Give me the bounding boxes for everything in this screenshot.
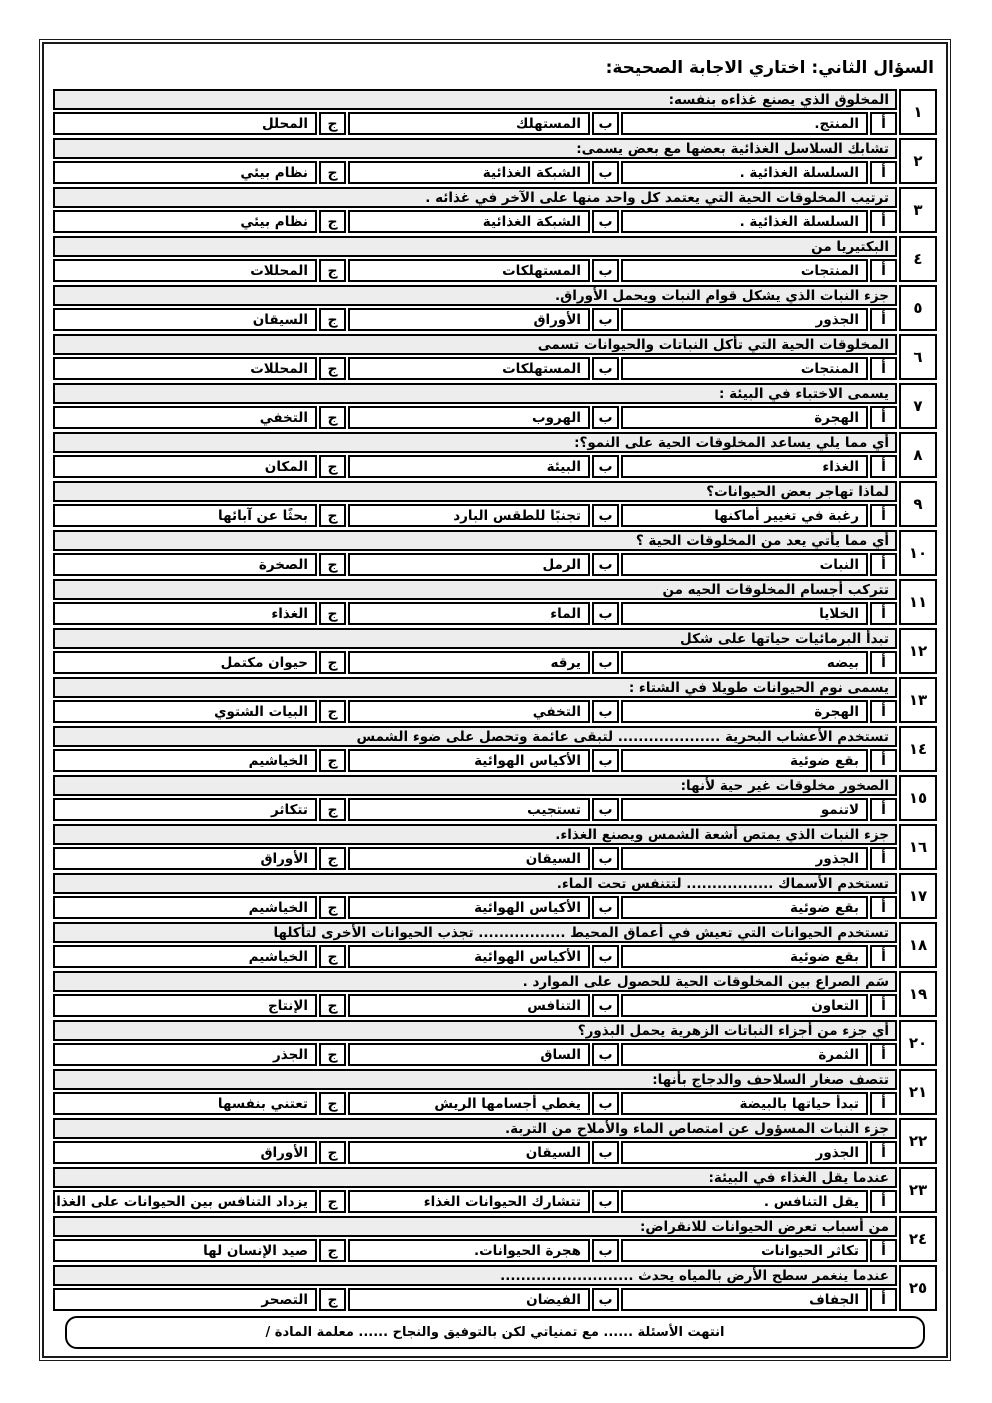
- option-letter-b: ب: [592, 1190, 619, 1213]
- option-letter-c: ج: [319, 406, 346, 429]
- option-c[interactable]: صيد الإنسان لها: [53, 1239, 317, 1262]
- option-b[interactable]: الأكياس الهوائية: [348, 896, 590, 919]
- question-number: ٨: [899, 432, 937, 478]
- question-text: تستخدم الحيوانات التي تعيش في أعماق المح…: [53, 922, 897, 943]
- option-letter-a: أ: [870, 1288, 897, 1311]
- option-letter-a: أ: [870, 847, 897, 870]
- question-number: ٩: [899, 481, 937, 527]
- answers-row: أ الجذور ب الأوراق ج السيقان: [53, 308, 897, 331]
- answers-row: أ بيضه ب يرقه ج حيوان مكتمل: [53, 651, 897, 674]
- answers-row: أ الهجرة ب التخفي ج البيات الشتوي: [53, 700, 897, 723]
- option-letter-a: أ: [870, 1043, 897, 1066]
- option-c[interactable]: التخفي: [53, 406, 317, 429]
- option-a[interactable]: رغبة في تغيير أماكنها: [621, 504, 868, 527]
- question-block: ٢٢ جزء النبات المسؤول عن امتصاص الماء وا…: [53, 1118, 937, 1164]
- question-body: لماذا تهاجر بعض الحيوانات؟ أ رغبة في تغي…: [53, 481, 897, 527]
- question-block: ١٩ سَمِ الصراع بين المخلوقات الحية للحصو…: [53, 971, 937, 1017]
- answers-row: أ تكاثر الحيوانات ب هجرة الحيوانات. ج صي…: [53, 1239, 897, 1262]
- option-letter-a: أ: [870, 553, 897, 576]
- option-c[interactable]: تعتني بنفسها: [53, 1092, 317, 1115]
- question-number: ٢٢: [899, 1118, 937, 1164]
- option-letter-a: أ: [870, 945, 897, 968]
- question-block: ١٢ تبدأ البرمائيات حياتها على شكل أ بيضه…: [53, 628, 937, 674]
- option-b[interactable]: الأكياس الهوائية: [348, 945, 590, 968]
- question-body: يسمى الاختباء في البيئة : أ الهجرة ب اله…: [53, 383, 897, 429]
- option-letter-b: ب: [592, 602, 619, 625]
- option-letter-b: ب: [592, 357, 619, 380]
- option-letter-c: ج: [319, 553, 346, 576]
- option-letter-c: ج: [319, 1190, 346, 1213]
- option-c[interactable]: الخياشيم: [53, 749, 317, 772]
- option-letter-a: أ: [870, 406, 897, 429]
- question-body: الصخور مخلوقات غير حية لأنها: أ لاتنمو ب…: [53, 775, 897, 821]
- question-text: سَمِ الصراع بين المخلوقات الحية للحصول ع…: [53, 971, 897, 992]
- option-letter-b: ب: [592, 455, 619, 478]
- option-a[interactable]: السلسلة الغذائية .: [621, 210, 868, 233]
- question-block: ٢٠ أي جزء من أجزاء النباتات الزهرية يحمل…: [53, 1020, 937, 1066]
- question-text: أي مما يلي يساعد المخلوقات الحية على الن…: [53, 432, 897, 453]
- answers-row: أ الجذور ب السيقان ج الأوراق: [53, 1141, 897, 1164]
- question-number: ١٧: [899, 873, 937, 919]
- question-block: ١٤ تستخدم الأعشاب البحرية ..............…: [53, 726, 937, 772]
- question-number: ١٩: [899, 971, 937, 1017]
- page-border-outer: السؤال الثاني: اختاري الاجابة الصحيحة: ١…: [39, 39, 951, 1361]
- question-number: ٢: [899, 138, 937, 184]
- question-body: تستخدم الحيوانات التي تعيش في أعماق المح…: [53, 922, 897, 968]
- option-b[interactable]: الرمل: [348, 553, 590, 576]
- question-number: ٧: [899, 383, 937, 429]
- option-a[interactable]: الثمرة: [621, 1043, 868, 1066]
- question-body: عندما ينغمر سطح الأرض بالمياه يحدث .....…: [53, 1265, 897, 1311]
- option-letter-c: ج: [319, 945, 346, 968]
- option-c[interactable]: الإنتاج: [53, 994, 317, 1017]
- question-body: أي مما يأتي يعد من المخلوقات الحية ؟ أ ا…: [53, 530, 897, 576]
- question-text: يسمى الاختباء في البيئة :: [53, 383, 897, 404]
- answers-row: أ الجذور ب السيقان ج الأوراق: [53, 847, 897, 870]
- option-a[interactable]: لاتنمو: [621, 798, 868, 821]
- question-block: ٦ المخلوقات الحية التي تأكل النباتات وال…: [53, 334, 937, 380]
- answers-row: أ يقل التنافس . ب تتشارك الحيوانات الغذا…: [53, 1190, 897, 1213]
- question-number: ٥: [899, 285, 937, 331]
- question-body: جزء النبات الذي يشكل قوام النبات ويحمل ا…: [53, 285, 897, 331]
- option-a[interactable]: التعاون: [621, 994, 868, 1017]
- option-c[interactable]: تتكاثر: [53, 798, 317, 821]
- option-letter-b: ب: [592, 651, 619, 674]
- question-block: ٧ يسمى الاختباء في البيئة : أ الهجرة ب ا…: [53, 383, 937, 429]
- question-number: ٤: [899, 236, 937, 282]
- option-a[interactable]: المنتجات: [621, 259, 868, 282]
- question-number: ١٦: [899, 824, 937, 870]
- option-letter-b: ب: [592, 553, 619, 576]
- option-a[interactable]: المنتجات: [621, 357, 868, 380]
- option-c[interactable]: بحثًا عن آبائها: [53, 504, 317, 527]
- question-number: ١: [899, 89, 937, 135]
- page-border-inner: السؤال الثاني: اختاري الاجابة الصحيحة: ١…: [42, 42, 948, 1358]
- option-letter-b: ب: [592, 504, 619, 527]
- answers-row: أ السلسلة الغذائية . ب الشبكة الغذائية ج…: [53, 161, 897, 184]
- option-letter-a: أ: [870, 896, 897, 919]
- option-a[interactable]: الغذاء: [621, 455, 868, 478]
- option-b[interactable]: تجنبًا للطقس البارد: [348, 504, 590, 527]
- option-b[interactable]: البيئة: [348, 455, 590, 478]
- question-body: المخلوق الذي يصنع غذاءه بنفسه: أ المنتج.…: [53, 89, 897, 135]
- question-text: من أسباب تعرض الحيوانات للانقراض:: [53, 1216, 897, 1237]
- option-letter-a: أ: [870, 798, 897, 821]
- question-number: ٣: [899, 187, 937, 233]
- option-b[interactable]: تستجيب: [348, 798, 590, 821]
- option-b[interactable]: الشبكة الغذائية: [348, 210, 590, 233]
- question-body: ترتيب المخلوقات الحية التي يعتمد كل واحد…: [53, 187, 897, 233]
- exam-sheet: السؤال الثاني: اختاري الاجابة الصحيحة: ١…: [53, 47, 937, 1350]
- question-block: ٢٤ من أسباب تعرض الحيوانات للانقراض: أ ت…: [53, 1216, 937, 1262]
- option-letter-c: ج: [319, 112, 346, 135]
- option-a[interactable]: بقع ضوئية: [621, 896, 868, 919]
- option-letter-a: أ: [870, 455, 897, 478]
- question-block: ٥ جزء النبات الذي يشكل قوام النبات ويحمل…: [53, 285, 937, 331]
- option-letter-a: أ: [870, 700, 897, 723]
- question-text: تستخدم الأعشاب البحرية .................…: [53, 726, 897, 747]
- option-b[interactable]: السيقان: [348, 847, 590, 870]
- question-block: ٢ تشابك السلاسل الغذائية بعضها مع بعض يس…: [53, 138, 937, 184]
- option-b[interactable]: يغطي أجسامها الريش: [348, 1092, 590, 1115]
- question-text: يسمى نوم الحيوانات طويلا في الشتاء :: [53, 677, 897, 698]
- option-a[interactable]: الخلايا: [621, 602, 868, 625]
- question-block: ٩ لماذا تهاجر بعض الحيوانات؟ أ رغبة في ت…: [53, 481, 937, 527]
- question-body: عندما يقل الغذاء في البيئة: أ يقل التناف…: [53, 1167, 897, 1213]
- option-letter-a: أ: [870, 749, 897, 772]
- question-text: جزء النبات الذي يمتص أشعة الشمس ويصنع ال…: [53, 824, 897, 845]
- option-letter-a: أ: [870, 1190, 897, 1213]
- question-number: ١٥: [899, 775, 937, 821]
- option-letter-a: أ: [870, 994, 897, 1017]
- answers-row: أ بقع ضوئية ب الأكياس الهوائية ج الخياشي…: [53, 896, 897, 919]
- question-block: ١٨ تستخدم الحيوانات التي تعيش في أعماق ا…: [53, 922, 937, 968]
- option-a[interactable]: الهجرة: [621, 700, 868, 723]
- option-b[interactable]: الماء: [348, 602, 590, 625]
- question-body: أي جزء من أجزاء النباتات الزهرية يحمل ال…: [53, 1020, 897, 1066]
- question-block: ٢٣ عندما يقل الغذاء في البيئة: أ يقل الت…: [53, 1167, 937, 1213]
- question-number: ١١: [899, 579, 937, 625]
- question-text: تتركب أجسام المخلوقات الحيه من: [53, 579, 897, 600]
- option-a[interactable]: النبات: [621, 553, 868, 576]
- question-block: ١٠ أي مما يأتي يعد من المخلوقات الحية ؟ …: [53, 530, 937, 576]
- option-a[interactable]: الجذور: [621, 847, 868, 870]
- option-a[interactable]: بيضه: [621, 651, 868, 674]
- question-body: تستخدم الأعشاب البحرية .................…: [53, 726, 897, 772]
- option-letter-c: ج: [319, 308, 346, 331]
- question-number: ١٠: [899, 530, 937, 576]
- option-letter-b: ب: [592, 749, 619, 772]
- option-c[interactable]: الخياشيم: [53, 945, 317, 968]
- option-letter-c: ج: [319, 700, 346, 723]
- option-a[interactable]: الجفاف: [621, 1288, 868, 1311]
- question-block: ١ المخلوق الذي يصنع غذاءه بنفسه: أ المنت…: [53, 89, 937, 135]
- answers-row: أ الهجرة ب الهروب ج التخفي: [53, 406, 897, 429]
- option-letter-a: أ: [870, 1092, 897, 1115]
- question-block: ٨ أي مما يلي يساعد المخلوقات الحية على ا…: [53, 432, 937, 478]
- option-letter-b: ب: [592, 700, 619, 723]
- option-letter-a: أ: [870, 1141, 897, 1164]
- question-body: البكتيريا من أ المنتجات ب المستهلكات ج ا…: [53, 236, 897, 282]
- option-letter-a: أ: [870, 112, 897, 135]
- option-letter-c: ج: [319, 210, 346, 233]
- answers-row: أ الجفاف ب الفيضان ج التصحر: [53, 1288, 897, 1311]
- option-letter-a: أ: [870, 357, 897, 380]
- option-letter-c: ج: [319, 602, 346, 625]
- option-b[interactable]: الأوراق: [348, 308, 590, 331]
- option-c[interactable]: المحلل: [53, 112, 317, 135]
- option-letter-c: ج: [319, 455, 346, 478]
- question-block: ٢٥ عندما ينغمر سطح الأرض بالمياه يحدث ..…: [53, 1265, 937, 1311]
- question-number: ٢٠: [899, 1020, 937, 1066]
- option-b[interactable]: المستهلكات: [348, 357, 590, 380]
- option-c[interactable]: المحللات: [53, 259, 317, 282]
- option-c[interactable]: يزداد التنافس بين الحيوانات على الغذاء: [53, 1190, 317, 1213]
- option-b[interactable]: الهروب: [348, 406, 590, 429]
- question-text: البكتيريا من: [53, 236, 897, 257]
- question-body: المخلوقات الحية التي تأكل النباتات والحي…: [53, 334, 897, 380]
- option-b[interactable]: يرقه: [348, 651, 590, 674]
- option-c[interactable]: البيات الشتوي: [53, 700, 317, 723]
- question-body: تستخدم الأسماك ................. لتتنفس …: [53, 873, 897, 919]
- question-block: ٣ ترتيب المخلوقات الحية التي يعتمد كل وا…: [53, 187, 937, 233]
- option-letter-c: ج: [319, 504, 346, 527]
- question-body: أي مما يلي يساعد المخلوقات الحية على الن…: [53, 432, 897, 478]
- option-letter-b: ب: [592, 161, 619, 184]
- option-letter-b: ب: [592, 798, 619, 821]
- question-block: ١٣ يسمى نوم الحيوانات طويلا في الشتاء : …: [53, 677, 937, 723]
- option-letter-c: ج: [319, 1288, 346, 1311]
- option-letter-a: أ: [870, 161, 897, 184]
- option-letter-b: ب: [592, 406, 619, 429]
- question-text: تستخدم الأسماك ................. لتتنفس …: [53, 873, 897, 894]
- question-body: تشابك السلاسل الغذائية بعضها مع بعض يسمى…: [53, 138, 897, 184]
- option-letter-c: ج: [319, 259, 346, 282]
- footer-note: انتهت الأسئلة ...... مع تمنياتي لكن بالت…: [65, 1316, 925, 1349]
- option-letter-c: ج: [319, 1092, 346, 1115]
- question-block: ١٧ تستخدم الأسماك ................. لتتن…: [53, 873, 937, 919]
- answers-row: أ بقع ضوئية ب الأكياس الهوائية ج الخياشي…: [53, 749, 897, 772]
- question-body: سَمِ الصراع بين المخلوقات الحية للحصول ع…: [53, 971, 897, 1017]
- option-letter-b: ب: [592, 994, 619, 1017]
- option-letter-a: أ: [870, 602, 897, 625]
- option-letter-b: ب: [592, 1288, 619, 1311]
- question-body: جزء النبات المسؤول عن امتصاص الماء والأم…: [53, 1118, 897, 1164]
- option-letter-b: ب: [592, 1141, 619, 1164]
- option-letter-c: ج: [319, 161, 346, 184]
- option-a[interactable]: السلسلة الغذائية .: [621, 161, 868, 184]
- answers-row: أ المنتجات ب المستهلكات ج المحللات: [53, 357, 897, 380]
- option-a[interactable]: المنتج.: [621, 112, 868, 135]
- question-text: المخلوق الذي يصنع غذاءه بنفسه:: [53, 89, 897, 110]
- question-number: ٢٤: [899, 1216, 937, 1262]
- answers-row: أ التعاون ب التنافس ج الإنتاج: [53, 994, 897, 1017]
- question-block: ١٦ جزء النبات الذي يمتص أشعة الشمس ويصنع…: [53, 824, 937, 870]
- option-letter-b: ب: [592, 945, 619, 968]
- answers-row: أ الثمرة ب الساق ج الجذر: [53, 1043, 897, 1066]
- question-text: تشابك السلاسل الغذائية بعضها مع بعض يسمى…: [53, 138, 897, 159]
- question-number: ٢١: [899, 1069, 937, 1115]
- question-body: تبدأ البرمائيات حياتها على شكل أ بيضه ب …: [53, 628, 897, 674]
- option-b[interactable]: التنافس: [348, 994, 590, 1017]
- answers-row: أ تبدأ حياتها بالبيضة ب يغطي أجسامها الر…: [53, 1092, 897, 1115]
- option-letter-c: ج: [319, 1043, 346, 1066]
- option-c[interactable]: الأوراق: [53, 847, 317, 870]
- option-letter-c: ج: [319, 651, 346, 674]
- answers-row: أ المنتجات ب المستهلكات ج المحللات: [53, 259, 897, 282]
- option-c[interactable]: الجذر: [53, 1043, 317, 1066]
- questions-list: ١ المخلوق الذي يصنع غذاءه بنفسه: أ المنت…: [53, 89, 937, 1311]
- option-letter-c: ج: [319, 798, 346, 821]
- option-letter-b: ب: [592, 1239, 619, 1262]
- question-number: ٢٣: [899, 1167, 937, 1213]
- option-letter-c: ج: [319, 1141, 346, 1164]
- question-text: جزء النبات الذي يشكل قوام النبات ويحمل ا…: [53, 285, 897, 306]
- question-block: ٢١ تتصف صغار السلاحف والدجاج بأنها: أ تب…: [53, 1069, 937, 1115]
- answers-row: أ لاتنمو ب تستجيب ج تتكاثر: [53, 798, 897, 821]
- answers-row: أ الغذاء ب البيئة ج المكان: [53, 455, 897, 478]
- option-b[interactable]: الفيضان: [348, 1288, 590, 1311]
- option-c[interactable]: الأوراق: [53, 1141, 317, 1164]
- answers-row: أ بقع ضوئية ب الأكياس الهوائية ج الخياشي…: [53, 945, 897, 968]
- option-b[interactable]: السيقان: [348, 1141, 590, 1164]
- option-letter-b: ب: [592, 112, 619, 135]
- option-a[interactable]: يقل التنافس .: [621, 1190, 868, 1213]
- option-a[interactable]: بقع ضوئية: [621, 749, 868, 772]
- option-b[interactable]: التخفي: [348, 700, 590, 723]
- option-b[interactable]: تتشارك الحيوانات الغذاء: [348, 1190, 590, 1213]
- question-text: تتصف صغار السلاحف والدجاج بأنها:: [53, 1069, 897, 1090]
- option-b[interactable]: الساق: [348, 1043, 590, 1066]
- option-c[interactable]: السيقان: [53, 308, 317, 331]
- option-b[interactable]: الشبكة الغذائية: [348, 161, 590, 184]
- option-letter-c: ج: [319, 749, 346, 772]
- question-text: لماذا تهاجر بعض الحيوانات؟: [53, 481, 897, 502]
- question-block: ١٥ الصخور مخلوقات غير حية لأنها: أ لاتنم…: [53, 775, 937, 821]
- question-body: من أسباب تعرض الحيوانات للانقراض: أ تكاث…: [53, 1216, 897, 1262]
- option-c[interactable]: الصخرة: [53, 553, 317, 576]
- option-letter-c: ج: [319, 994, 346, 1017]
- question-text: جزء النبات المسؤول عن امتصاص الماء والأم…: [53, 1118, 897, 1139]
- question-body: يسمى نوم الحيوانات طويلا في الشتاء : أ ا…: [53, 677, 897, 723]
- question-block: ٤ البكتيريا من أ المنتجات ب المستهلكات ج…: [53, 236, 937, 282]
- option-letter-b: ب: [592, 210, 619, 233]
- question-body: تتركب أجسام المخلوقات الحيه من أ الخلايا…: [53, 579, 897, 625]
- option-a[interactable]: الهجرة: [621, 406, 868, 429]
- question-number: ١٤: [899, 726, 937, 772]
- question-body: تتصف صغار السلاحف والدجاج بأنها: أ تبدأ …: [53, 1069, 897, 1115]
- option-letter-c: ج: [319, 357, 346, 380]
- option-c[interactable]: التصحر: [53, 1288, 317, 1311]
- option-b[interactable]: المستهلك: [348, 112, 590, 135]
- option-letter-a: أ: [870, 1239, 897, 1262]
- option-c[interactable]: حيوان مكتمل: [53, 651, 317, 674]
- option-b[interactable]: هجرة الحيوانات.: [348, 1239, 590, 1262]
- option-c[interactable]: المكان: [53, 455, 317, 478]
- option-letter-b: ب: [592, 847, 619, 870]
- question-text: الصخور مخلوقات غير حية لأنها:: [53, 775, 897, 796]
- answers-row: أ الخلايا ب الماء ج الغذاء: [53, 602, 897, 625]
- answers-row: أ النبات ب الرمل ج الصخرة: [53, 553, 897, 576]
- section-title: السؤال الثاني: اختاري الاجابة الصحيحة:: [53, 47, 937, 89]
- question-text: ترتيب المخلوقات الحية التي يعتمد كل واحد…: [53, 187, 897, 208]
- answers-row: أ السلسلة الغذائية . ب الشبكة الغذائية ج…: [53, 210, 897, 233]
- option-b[interactable]: المستهلكات: [348, 259, 590, 282]
- option-b[interactable]: الأكياس الهوائية: [348, 749, 590, 772]
- option-letter-b: ب: [592, 259, 619, 282]
- option-letter-b: ب: [592, 308, 619, 331]
- option-letter-a: أ: [870, 651, 897, 674]
- question-text: تبدأ البرمائيات حياتها على شكل: [53, 628, 897, 649]
- question-number: ١٨: [899, 922, 937, 968]
- question-block: ١١ تتركب أجسام المخلوقات الحيه من أ الخل…: [53, 579, 937, 625]
- option-c[interactable]: نظام بيئي: [53, 210, 317, 233]
- option-a[interactable]: تبدأ حياتها بالبيضة: [621, 1092, 868, 1115]
- question-number: ٢٥: [899, 1265, 937, 1311]
- answers-row: أ المنتج. ب المستهلك ج المحلل: [53, 112, 897, 135]
- option-letter-c: ج: [319, 896, 346, 919]
- answers-row: أ رغبة في تغيير أماكنها ب تجنبًا للطقس ا…: [53, 504, 897, 527]
- option-letter-c: ج: [319, 847, 346, 870]
- option-c[interactable]: الغذاء: [53, 602, 317, 625]
- option-letter-a: أ: [870, 259, 897, 282]
- question-body: جزء النبات الذي يمتص أشعة الشمس ويصنع ال…: [53, 824, 897, 870]
- question-text: المخلوقات الحية التي تأكل النباتات والحي…: [53, 334, 897, 355]
- option-a[interactable]: الجذور: [621, 1141, 868, 1164]
- question-text: عندما يقل الغذاء في البيئة:: [53, 1167, 897, 1188]
- question-number: ٦: [899, 334, 937, 380]
- option-c[interactable]: الخياشيم: [53, 896, 317, 919]
- question-text: أي جزء من أجزاء النباتات الزهرية يحمل ال…: [53, 1020, 897, 1041]
- option-letter-b: ب: [592, 1043, 619, 1066]
- option-c[interactable]: المحللات: [53, 357, 317, 380]
- question-number: ١٢: [899, 628, 937, 674]
- option-a[interactable]: تكاثر الحيوانات: [621, 1239, 868, 1262]
- option-a[interactable]: بقع ضوئية: [621, 945, 868, 968]
- option-letter-a: أ: [870, 308, 897, 331]
- option-letter-a: أ: [870, 210, 897, 233]
- question-number: ١٣: [899, 677, 937, 723]
- question-text: أي مما يأتي يعد من المخلوقات الحية ؟: [53, 530, 897, 551]
- option-letter-b: ب: [592, 896, 619, 919]
- option-letter-c: ج: [319, 1239, 346, 1262]
- question-text: عندما ينغمر سطح الأرض بالمياه يحدث .....…: [53, 1265, 897, 1286]
- option-letter-a: أ: [870, 504, 897, 527]
- option-a[interactable]: الجذور: [621, 308, 868, 331]
- option-c[interactable]: نظام بيئي: [53, 161, 317, 184]
- option-letter-b: ب: [592, 1092, 619, 1115]
